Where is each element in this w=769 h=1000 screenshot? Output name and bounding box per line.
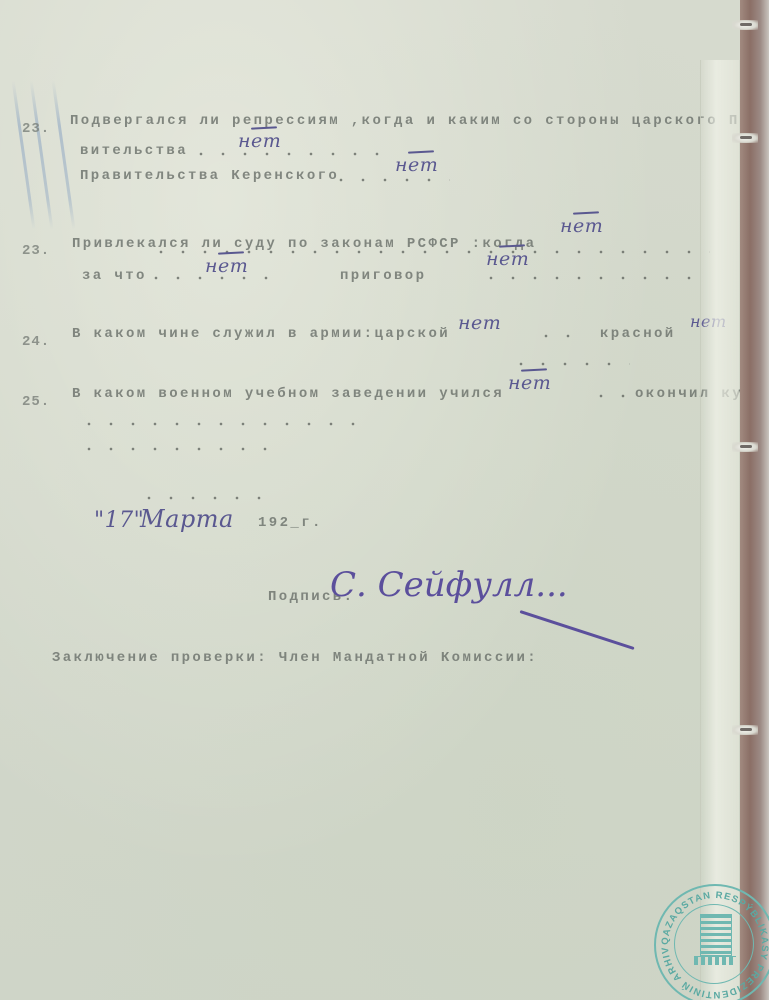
- page-fold: [700, 60, 739, 1000]
- building-icon: [694, 914, 736, 966]
- verification-note: Заключение проверки: Член Мандатной Коми…: [52, 650, 538, 666]
- question-text: В каком чине служил в армии:царской: [72, 326, 450, 342]
- binding-stitch: [732, 725, 758, 735]
- handwritten-answer: нет: [486, 248, 529, 270]
- question-number: 23.: [22, 121, 50, 137]
- question-text: Подвергался ли репрессиям ,когда и каким…: [70, 113, 769, 129]
- handwritten-signature: С. Сейфулл...: [330, 565, 568, 605]
- fill-dots: [190, 152, 390, 156]
- fill-dots: [78, 422, 358, 426]
- question-number: 23.: [22, 243, 50, 259]
- question-number: 25.: [22, 394, 50, 410]
- handwritten-answer: нет: [508, 372, 551, 394]
- binding-stitch: [732, 133, 758, 143]
- question-text: за что: [82, 268, 147, 284]
- handwritten-answer: нет: [395, 154, 438, 176]
- bleed-through-text: [120, 15, 540, 33]
- question-text: красной: [600, 326, 676, 342]
- binding-stitch: [732, 20, 758, 30]
- binding-stitch: [732, 442, 758, 452]
- handwritten-answer: нет: [458, 312, 501, 334]
- handwritten-answer: нет: [205, 255, 248, 277]
- fill-dots: [330, 178, 450, 182]
- fill-dots: [535, 334, 585, 338]
- question-number: 24.: [22, 334, 50, 350]
- date-day: "17": [94, 508, 144, 533]
- question-text: вительства: [80, 143, 188, 159]
- fill-dots: [590, 394, 630, 398]
- archive-stamp: QAZAQSTAN RESPÝBLIKASY PREZIDENTINIŃ ARH…: [654, 884, 769, 1000]
- pencil-mark: [52, 81, 76, 230]
- question-text: приговор: [340, 268, 426, 284]
- signature-flourish: [520, 610, 635, 650]
- question-text: Правительства Керенского: [80, 168, 339, 184]
- fill-dots: [510, 362, 630, 366]
- handwritten-answer: нет: [238, 130, 281, 152]
- binding-spine: [740, 0, 769, 1000]
- handwritten-answer: нет: [560, 215, 603, 237]
- pencil-mark: [30, 81, 54, 230]
- fill-dots: [78, 447, 278, 451]
- date-year: 192_г.: [258, 515, 323, 531]
- question-text: В каком военном учебном заведении учился: [72, 386, 504, 402]
- fill-dots: [480, 276, 700, 280]
- document-page: 23. Подвергался ли репрессиям ,когда и к…: [0, 0, 740, 1000]
- date-month: Марта: [140, 505, 234, 533]
- fill-dots: [138, 496, 278, 500]
